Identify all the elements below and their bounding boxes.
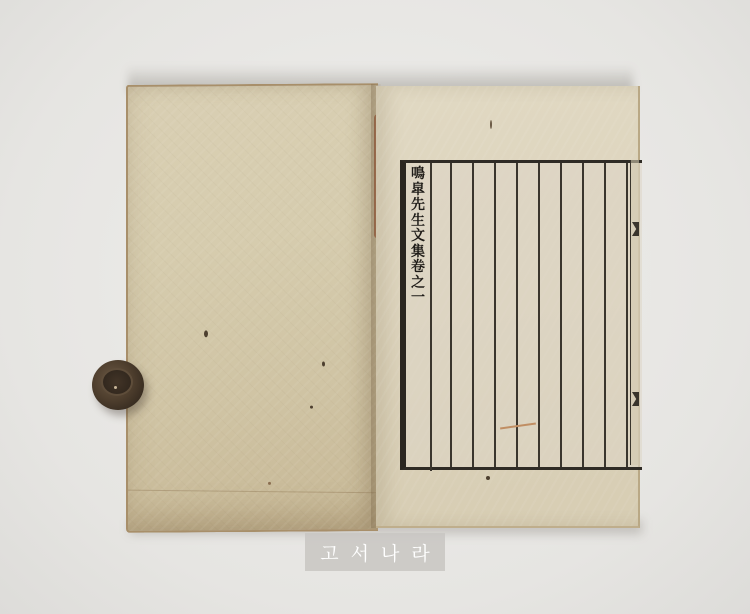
clasp-inner-ring: [101, 368, 133, 396]
clasp-highlight: [114, 386, 117, 389]
photo-scene: 鳴 皐 先 生 文 集 卷 之 一: [0, 0, 750, 614]
column-rule: [538, 163, 540, 467]
fish-tail-mark-icon: [632, 392, 639, 406]
title-char: 之: [411, 276, 425, 292]
volume-title-column: 鳴 皐 先 生 文 集 卷 之 一: [406, 163, 432, 471]
brass-clasp-button: [92, 360, 144, 410]
column-rule: [450, 163, 452, 467]
wormhole-spot: [204, 330, 208, 337]
column-rule: [604, 163, 606, 467]
column-rule: [472, 163, 474, 467]
page-spot: [486, 476, 490, 480]
title-char: 生: [411, 214, 425, 230]
column-rule: [516, 163, 518, 467]
title-char: 鳴: [411, 167, 425, 183]
next-page-edge: [630, 160, 639, 465]
wormhole-spot: [310, 406, 313, 409]
watermark: 고서나라: [305, 533, 445, 571]
column-rule: [582, 163, 584, 467]
title-char: 皐: [411, 183, 425, 199]
column-rule: [560, 163, 562, 467]
title-char: 文: [411, 229, 425, 245]
title-char: 集: [411, 245, 425, 261]
stray-fiber: [500, 423, 536, 430]
stain-spot: [268, 482, 271, 485]
title-char: 一: [411, 291, 425, 307]
column-rule: [494, 163, 496, 467]
page-mark: [490, 120, 492, 129]
title-char: 先: [411, 198, 425, 214]
printed-text-frame: 鳴 皐 先 生 文 集 卷 之 一: [400, 160, 642, 470]
column-rule: [626, 163, 628, 467]
title-char: 卷: [411, 260, 425, 276]
cover-fold-line: [128, 490, 378, 494]
watermark-text: 고서나라: [308, 539, 441, 566]
wormhole-spot: [322, 361, 325, 366]
right-page: 鳴 皐 先 生 文 集 卷 之 一: [376, 86, 640, 528]
fish-tail-mark-icon: [632, 222, 639, 236]
left-book-cover: [126, 83, 378, 533]
